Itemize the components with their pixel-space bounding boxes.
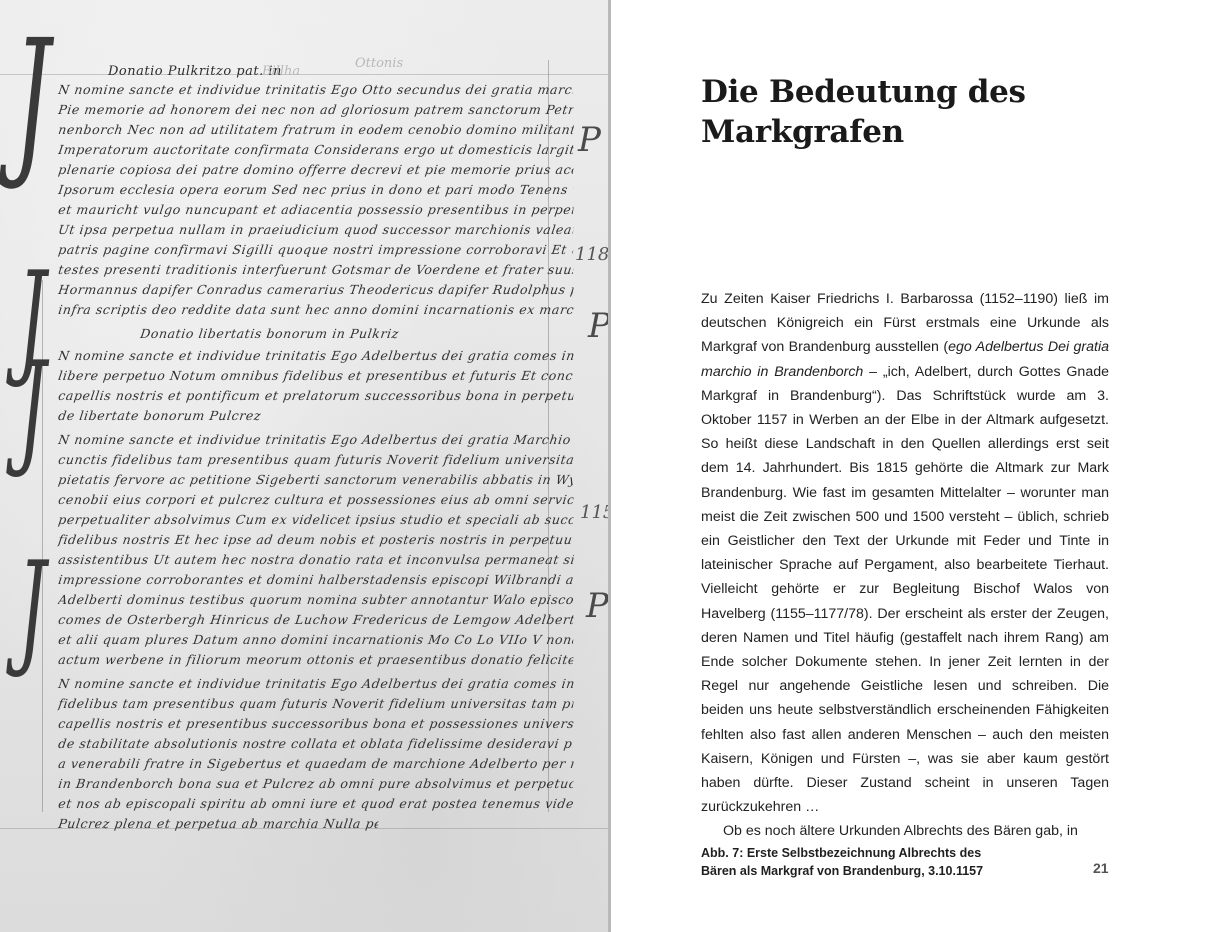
margin-number-note: 115 [580,502,611,523]
manuscript-line: assistentibus Ut autem hec nostra donati… [57,552,575,572]
manuscript-line: comes de Osterbergh Hinricus de Luchow F… [57,612,575,632]
manuscript-line: et mauricht vulgo nuncupant et adiacenti… [57,202,575,222]
manuscript-line: patris pagine confirmavi Sigilli quoque … [57,242,575,262]
manuscript-line: nenborch Nec non ad utilitatem fratrum i… [57,122,575,142]
manuscript-line: N nomine sancte et individue trinitatis … [57,348,575,368]
manuscript-line: Ipsorum ecclesia opera eorum Sed nec pri… [57,182,575,202]
page-number: 21 [1093,860,1109,876]
manuscript-line: fidelibus nostris Et hec ipse ad deum no… [57,532,575,552]
caption-line-1: Abb. 7: Erste Selbstbezeichnung Albrecht… [701,844,1001,862]
manuscript-line: capellis nostris et pontificum et prelat… [57,388,575,408]
figure-caption: Abb. 7: Erste Selbstbezeichnung Albrecht… [701,844,1001,880]
manuscript-line: de stabilitate absolutionis nostre colla… [57,736,575,756]
manuscript-line: cunctis fidelibus tam presentibus quam f… [57,452,575,472]
page-title-line-1: Die Bedeutung des [701,74,1026,110]
manuscript-facsimile-image: J J J J Donatio Pulkritzo pat. in Billha… [0,0,611,932]
decorated-initial: J [18,545,46,671]
manuscript-line: infra scriptis deo reddite data sunt hec… [57,302,575,322]
margin-paragraph-mark: P [588,306,611,346]
manuscript-line: cenobii eius corpori et pulcrez cultura … [57,492,575,512]
decorated-initial: J [18,345,46,471]
manuscript-line: pietatis fervore ac petitione Sigeberti … [57,472,575,492]
manuscript-faint-annotation: Billha [262,64,300,79]
manuscript-line: Pie memorie ad honorem dei nec non ad gl… [57,102,575,122]
manuscript-faint-annotation: Ottonis [355,56,403,71]
body-text: Zu Zeiten Kaiser Friedrichs I. Barbaross… [701,287,1109,844]
decorated-initial: J [14,20,50,182]
page-title-line-2: Markgrafen [701,114,904,150]
manuscript-line: a venerabili fratre in Sigebertus et qua… [57,756,575,776]
manuscript-line: actum werbene in filiorum meorum ottonis… [57,652,575,672]
manuscript-line: Ut ipsa perpetua nullam in praeiudicium … [57,222,575,242]
manuscript-line: testes presenti traditionis interfuerunt… [57,262,575,282]
margin-paragraph-mark: P [578,120,601,160]
manuscript-line: et alii quam plures Datum anno domini in… [57,632,575,652]
paragraph-1-part-2: – „ich, Adelbert, durch Gottes Gnade Mar… [701,364,1109,816]
parchment-fold-line [0,74,608,75]
manuscript-line: Hormannus dapifer Conradus camerarius Th… [57,282,575,302]
page-title: Die Bedeutung des Markgrafen [701,72,1121,152]
manuscript-line: libere perpetuo Notum omnibus fidelibus … [57,368,575,388]
manuscript-line: N nomine sancte et individue trinitatis … [57,82,575,102]
margin-paragraph-mark: P [586,586,609,626]
manuscript-line: de libertate bonorum Pulcrez [57,408,575,428]
manuscript-line: Pulcrez plena et perpetua ab marchia Nul… [57,816,380,836]
manuscript-line: fidelibus tam presentibus quam futuris N… [57,696,575,716]
manuscript-line: in Brandenborch bona sua et Pulcrez ab o… [57,776,575,796]
manuscript-line: plenarie copiosa dei patre domino offerr… [57,162,575,182]
paragraph-2: Ob es noch ältere Urkunden Albrechts des… [701,819,1109,843]
manuscript-line: perpetualiter absolvimus Cum ex videlice… [57,512,575,532]
margin-number-note: 118 [575,244,609,265]
manuscript-line: impressione corroborantes et domini halb… [57,572,575,592]
paragraph-1: Zu Zeiten Kaiser Friedrichs I. Barbaross… [701,287,1109,819]
manuscript-line: Imperatorum auctoritate confirmata Consi… [57,142,575,162]
manuscript-line: capellis nostris et presentibus successo… [57,716,575,736]
manuscript-rubric: Donatio Pulkritzo pat. in [108,64,282,79]
manuscript-line: N nomine sancte et individue trinitatis … [57,676,575,696]
caption-line-2: Bären als Markgraf von Brandenburg, 3.10… [701,862,1001,880]
manuscript-line: et nos ab episcopali spiritu ab omni iur… [57,796,575,816]
manuscript-line: N nomine sancte et individue trinitatis … [57,432,575,452]
manuscript-rubric: Donatio libertatis bonorum in Pulkriz [139,326,442,346]
manuscript-line: Adelberti dominus testibus quorum nomina… [57,592,575,612]
printed-page: Die Bedeutung des Markgrafen Zu Zeiten K… [611,0,1216,932]
